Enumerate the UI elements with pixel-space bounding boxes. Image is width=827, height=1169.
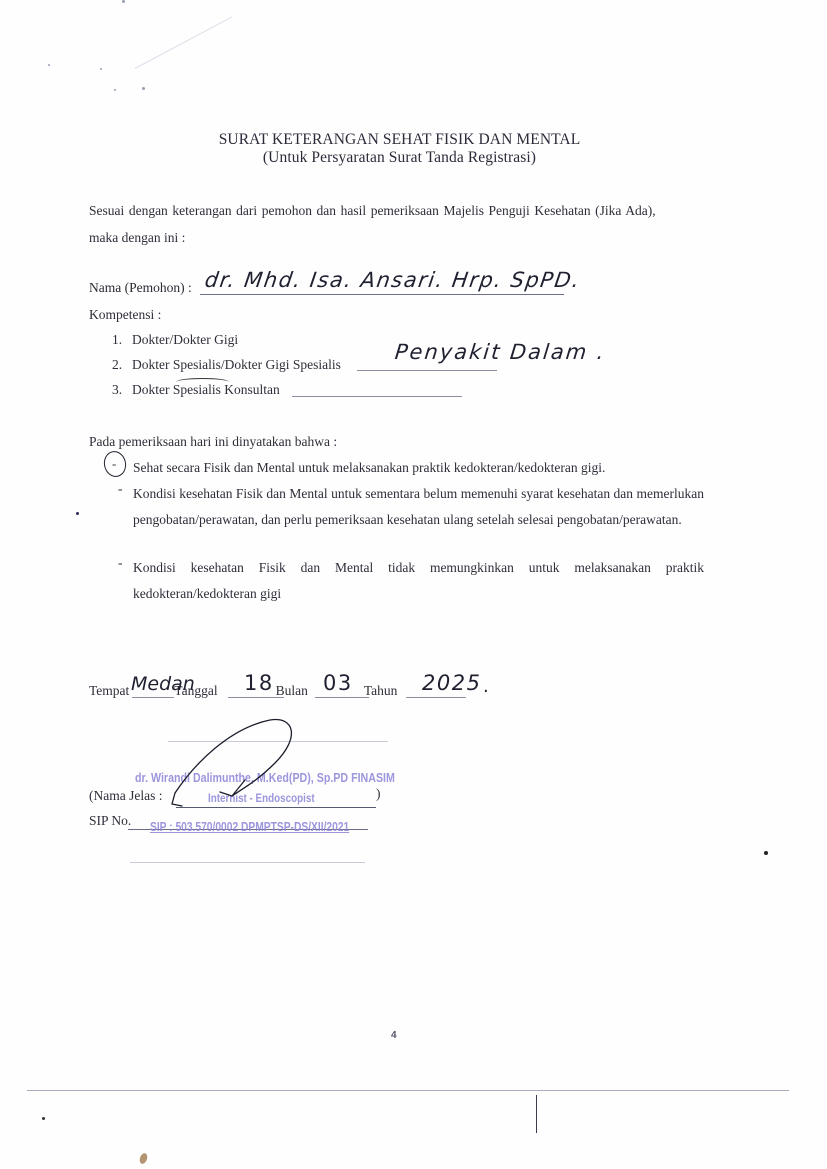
competence-item-2: 2.Dokter Spesialis/Dokter Gigi Spesialis [112, 357, 341, 373]
competence-label: Kompetensi : [89, 307, 161, 323]
applicant-name-underline [200, 294, 564, 295]
scan-speck [48, 64, 50, 66]
document-subtitle: (Untuk Persyaratan Surat Tanda Registras… [0, 149, 813, 167]
intro-text-line2: maka dengan ini : [89, 230, 185, 246]
pen-arc-mark [176, 378, 229, 386]
competence-text: Dokter/Dokter Gigi [132, 332, 238, 347]
trailing-period: . [483, 676, 490, 697]
bulan-underline [315, 697, 369, 698]
closing-paren: ) [376, 786, 381, 802]
bulan-handwritten[interactable]: 03 [323, 671, 353, 695]
specialist-handwritten[interactable]: Penyakit Dalam . [394, 340, 607, 364]
paper-stain [138, 1152, 148, 1165]
tempat-underline [132, 697, 174, 698]
tempat-label: Tempat [89, 683, 129, 698]
signature-guide-line [130, 862, 365, 863]
examination-label: Pada pemeriksaan hari ini dinyatakan bah… [89, 434, 337, 450]
document-page: SURAT KETERANGAN SEHAT FISIK DAN MENTAL … [0, 0, 827, 1169]
tempat-handwritten[interactable]: Medan [131, 673, 195, 695]
scan-speck [114, 89, 116, 91]
statement-healthy[interactable]: Sehat secara Fisik dan Mental untuk mela… [133, 455, 704, 481]
page-bottom-edge [27, 1090, 789, 1091]
tanggal-underline [228, 697, 284, 698]
competence-number: 3. [112, 382, 132, 398]
competence-number: 1. [112, 332, 132, 348]
statement-bullet: - [118, 555, 123, 571]
statement-unfit[interactable]: Kondisi kesehatan Fisik dan Mental tidak… [133, 555, 704, 607]
competence-item-1: 1.Dokter/Dokter Gigi [112, 332, 238, 348]
applicant-name-label: Nama (Pemohon) : [89, 280, 192, 296]
applicant-name-handwritten[interactable]: dr. Mhd. Isa. Ansari. Hrp. SpPD. [203, 268, 582, 292]
scan-speck [100, 68, 102, 70]
sip-label: SIP No. [89, 813, 131, 829]
statement-temporarily-unfit[interactable]: Kondisi kesehatan Fisik dan Mental untuk… [133, 481, 704, 533]
intro-text-line1: Sesuai dengan keterangan dari pemohon da… [89, 203, 656, 219]
specialist-underline [357, 370, 497, 371]
stamp-sip-number: SIP : 503.570/0002 DPMPTSP-DS/XII/2021 [150, 820, 349, 834]
page-number: 4 [391, 1030, 397, 1041]
tahun-handwritten[interactable]: 2025 [422, 671, 481, 695]
competence-text: Dokter Spesialis/Dokter Gigi Spesialis [132, 357, 341, 372]
scan-speck [76, 512, 79, 515]
scan-speck [122, 0, 125, 3]
tahun-label: Tahun [364, 683, 398, 698]
scan-streak [135, 16, 233, 69]
document-title: SURAT KETERANGAN SEHAT FISIK DAN MENTAL [0, 131, 813, 149]
bulan-label: Bulan [276, 683, 308, 698]
consultant-underline[interactable] [292, 396, 462, 397]
scan-speck [764, 851, 768, 855]
tahun-underline [406, 697, 466, 698]
signature-icon [160, 718, 310, 818]
scan-speck [142, 87, 145, 90]
pen-stroke-mark [536, 1095, 537, 1133]
scan-speck [42, 1117, 45, 1120]
statement-bullet: - [118, 481, 123, 497]
statement-bullet: - [112, 456, 116, 472]
competence-number: 2. [112, 357, 132, 373]
nama-jelas-label: (Nama Jelas : [89, 788, 162, 804]
tanggal-handwritten[interactable]: 18 [244, 671, 274, 695]
